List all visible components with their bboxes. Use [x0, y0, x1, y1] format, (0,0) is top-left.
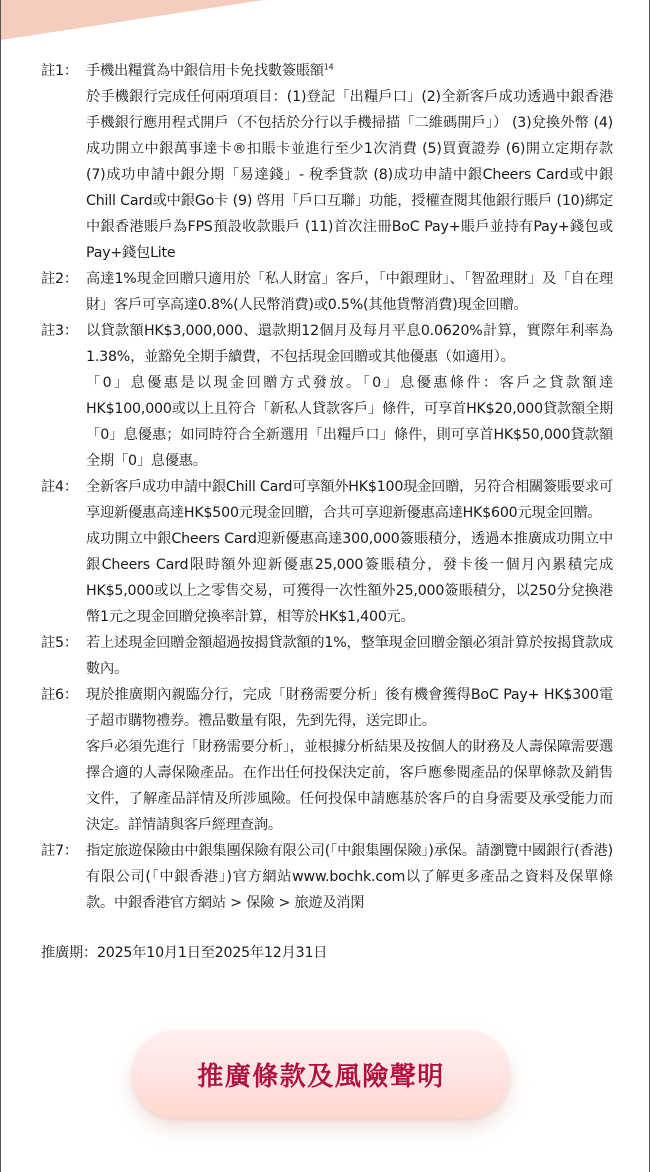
footnote-paragraph: 以貸款額HK$3,000,000、還款期12個月及每月平息0.0620%計算，實… — [86, 318, 613, 370]
promotion-period: 推廣期：2025年10月1日至2025年12月31日 — [41, 940, 327, 966]
footnote-label: 註4： — [41, 474, 86, 500]
footnote-title: 手機出糧賞為中銀信用卡免找數簽賬額14 — [86, 58, 613, 84]
footnote-6: 註6： 現於推廣期內親臨分行，完成「財務需要分析」後有機會獲得BoC Pay+ … — [41, 682, 613, 838]
footnote-4: 註4： 全新客戶成功申請中銀Chill Card可享額外HK$100現金回贈，另… — [41, 474, 613, 630]
footnote-paragraph: 現於推廣期內親臨分行，完成「財務需要分析」後有機會獲得BoC Pay+ HK$3… — [86, 682, 613, 734]
footnote-body: 現於推廣期內親臨分行，完成「財務需要分析」後有機會獲得BoC Pay+ HK$3… — [86, 682, 613, 838]
footnote-label: 註5： — [41, 630, 86, 656]
footnote-1: 註1： 手機出糧賞為中銀信用卡免找數簽賬額14 於手機銀行完成任何兩項項目：(1… — [41, 58, 613, 266]
footnote-label: 註1： — [41, 58, 86, 84]
footnote-body: 若上述現金回贈金額超過按揭貸款額的1%，整筆現金回贈金額必須計算於按揭貸款成數內… — [86, 630, 613, 682]
footnote-body: 高達1%現金回贈只適用於「私人財富」客戶，「中銀理財」、「智盈理財」及「自在理財… — [86, 266, 613, 318]
footnote-paragraph: 指定旅遊保險由中銀集團保險有限公司(「中銀集團保險」)承保。請瀏覽中國銀行(香港… — [86, 838, 613, 916]
footnote-body: 以貸款額HK$3,000,000、還款期12個月及每月平息0.0620%計算，實… — [86, 318, 613, 474]
footnote-paragraph: 客戶必須先進行「財務需要分析」，並根據分析結果及按個人的財務及人壽保障需要選擇合… — [86, 734, 613, 838]
footnote-5: 註5： 若上述現金回贈金額超過按揭貸款額的1%，整筆現金回贈金額必須計算於按揭貸… — [41, 630, 613, 682]
footnote-label: 註3： — [41, 318, 86, 344]
footnote-2: 註2： 高達1%現金回贈只適用於「私人財富」客戶，「中銀理財」、「智盈理財」及「… — [41, 266, 613, 318]
footnote-3: 註3： 以貸款額HK$3,000,000、還款期12個月及每月平息0.0620%… — [41, 318, 613, 474]
cta-label: 推廣條款及風險聲明 — [197, 1056, 445, 1093]
footnote-superscript: 14 — [324, 62, 334, 71]
footnotes-list: 註1： 手機出糧賞為中銀信用卡免找數簽賬額14 於手機銀行完成任何兩項項目：(1… — [41, 58, 613, 916]
terms-and-risk-disclosure-button[interactable]: 推廣條款及風險聲明 — [132, 1030, 510, 1118]
footnote-body: 手機出糧賞為中銀信用卡免找數簽賬額14 於手機銀行完成任何兩項項目：(1)登記「… — [86, 58, 613, 266]
footnote-paragraph: 「0」息優惠是以現金回贈方式發放。「0」息優惠條件：客戶之貸款額達HK$100,… — [86, 370, 613, 474]
footnote-body: 指定旅遊保險由中銀集團保險有限公司(「中銀集團保險」)承保。請瀏覽中國銀行(香港… — [86, 838, 613, 916]
footnote-body: 全新客戶成功申請中銀Chill Card可享額外HK$100現金回贈，另符合相關… — [86, 474, 613, 630]
footnote-7: 註7： 指定旅遊保險由中銀集團保險有限公司(「中銀集團保險」)承保。請瀏覽中國銀… — [41, 838, 613, 916]
footnote-paragraph: 全新客戶成功申請中銀Chill Card可享額外HK$100現金回贈，另符合相關… — [86, 474, 613, 526]
footnote-paragraph: 若上述現金回贈金額超過按揭貸款額的1%，整筆現金回贈金額必須計算於按揭貸款成數內… — [86, 630, 613, 682]
footnote-paragraph: 高達1%現金回贈只適用於「私人財富」客戶，「中銀理財」、「智盈理財」及「自在理財… — [86, 266, 613, 318]
footnote-paragraph: 成功開立中銀Cheers Card迎新優惠高達300,000簽賬積分，透過本推廣… — [86, 526, 613, 630]
decorative-top-wedge — [1, 0, 650, 40]
footnote-label: 註6： — [41, 682, 86, 708]
footnote-paragraph: 於手機銀行完成任何兩項項目：(1)登記「出糧戶口」(2)全新客戶成功透過中銀香港… — [86, 84, 613, 266]
footnote-label: 註7： — [41, 838, 86, 864]
footnote-label: 註2： — [41, 266, 86, 292]
